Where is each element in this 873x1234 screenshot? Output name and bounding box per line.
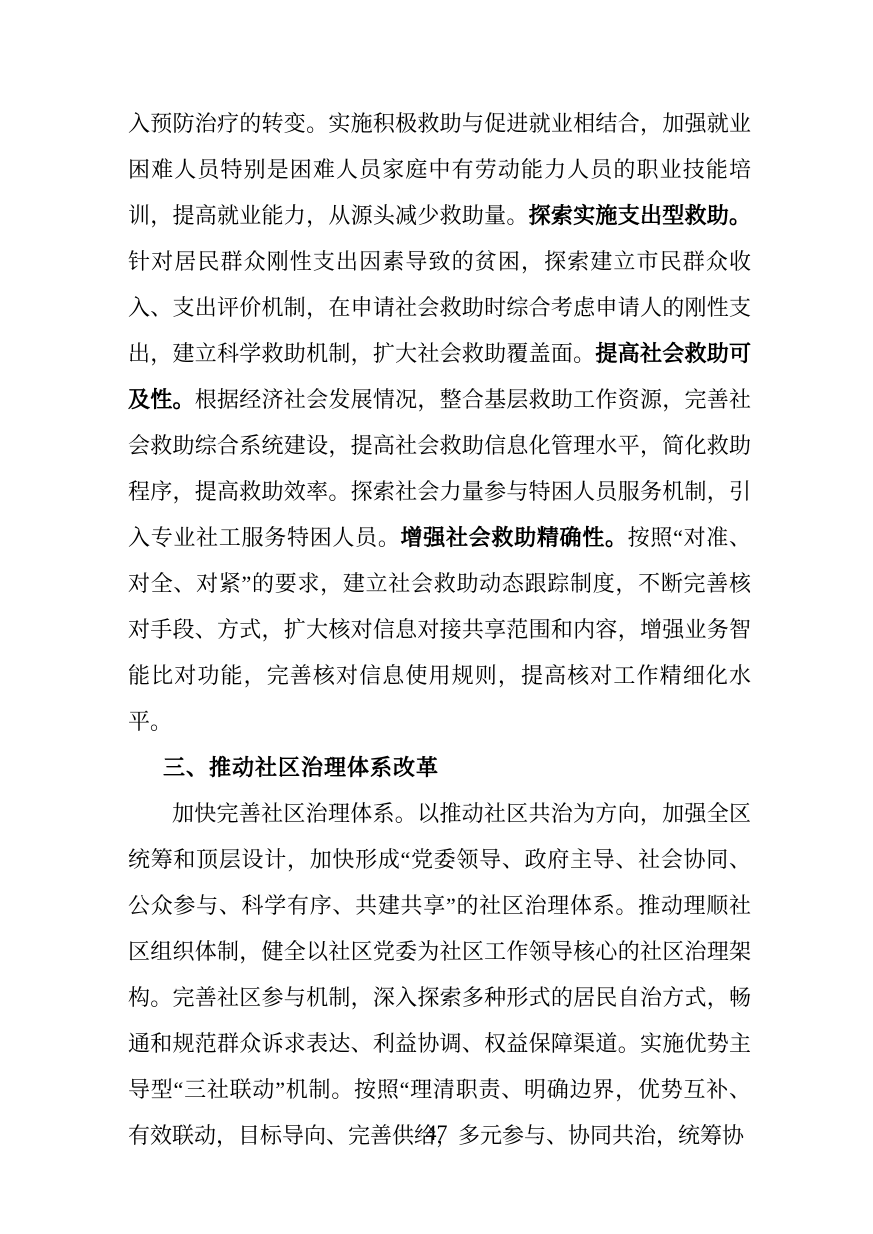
page-number: 47 [0,1119,873,1147]
document-page: 入预防治疗的转变。实施积极救助与促进就业相结合，加强就业困难人员特别是困难人员家… [0,0,873,1234]
text-run-bold: 探索实施支出型救助。 [529,203,751,228]
paragraph-community-governance: 加快完善社区治理体系。以推动社区共治为方向，加强全区统筹和顶层设计，加快形成“党… [128,791,751,1159]
text-run-bold: 增强社会救助精确性。 [401,525,628,550]
page-content: 入预防治疗的转变。实施积极救助与促进就业相结合，加强就业困难人员特别是困难人员家… [128,101,751,1159]
section-heading: 三、推动社区治理体系改革 [128,745,751,791]
text-run: 按照“对准、对全、对紧”的要求，建立社会救助动态跟踪制度，不断完善核对手段、方式… [128,525,751,734]
paragraph-social-assistance-reform: 入预防治疗的转变。实施积极救助与促进就业相结合，加强就业困难人员特别是困难人员家… [128,101,751,745]
